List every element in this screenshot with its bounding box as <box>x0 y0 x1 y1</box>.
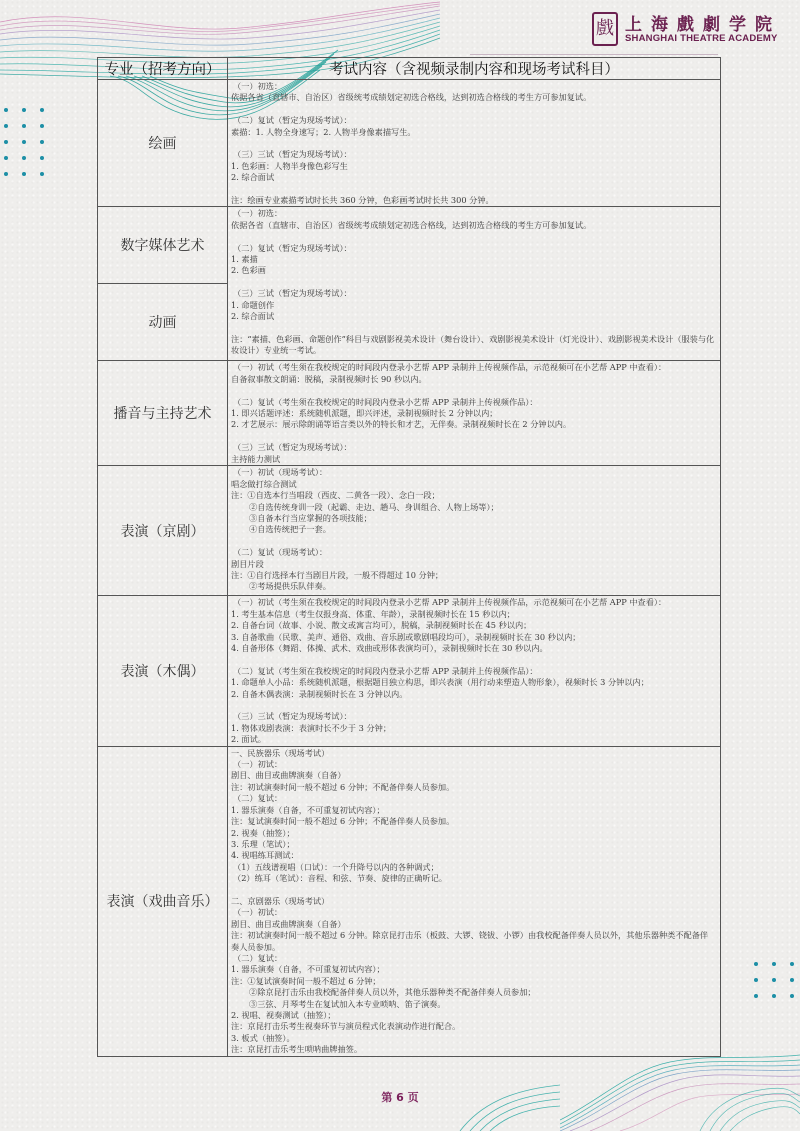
content-line: 3. 自备歌曲（民歌、美声、通俗、戏曲、音乐剧或歌剧唱段均可），录制视频时长在 … <box>231 632 716 643</box>
content-line: 注：①自行选择本行当剧目片段，一般不得超过 10 分钟； <box>231 570 716 581</box>
major-cell: 表演（木偶） <box>98 596 228 746</box>
line-spacer <box>231 322 716 333</box>
content-line: （三）三试（暂定为现场考试）： <box>231 149 716 160</box>
major-cell: 动画 <box>98 284 228 361</box>
content-line: 注：京昆打击乐考生视奏环节与演员程式化表演动作进行配合。 <box>231 1021 716 1032</box>
content-line: （一）初选： <box>231 208 716 219</box>
content-line: 1. 考生基本信息（考生仅报身高、体重、年龄），录制视频时长在 15 秒以内； <box>231 609 716 620</box>
content-line: 2. 面试。 <box>231 734 716 745</box>
table-row: 绘画 （一）初选：依据各省（直辖市、自治区）省级统考成绩划定初选合格线，达到初选… <box>98 80 721 207</box>
content-line: ③自备本行当应掌握的各项技能； <box>231 513 716 524</box>
school-logo: 戲 上海戲劇学院 SHANGHAI THEATRE ACADEMY <box>592 10 792 50</box>
content-line: 2. 才艺展示：展示除朗诵等语言类以外的特长和才艺，无伴奏。录制视频时长在 2 … <box>231 419 716 430</box>
header-divider <box>470 54 718 55</box>
major-cell: 表演（戏曲音乐） <box>98 746 228 1056</box>
content-line: ②除京昆打击乐由我校配备伴奏人员以外，其他乐器种类不配备伴奏人员参加； <box>231 987 716 998</box>
content-line: 2. 自备台词（故事、小说、散文或寓言均可），脱稿，录制视频时长在 45 秒以内… <box>231 620 716 631</box>
content-line: （一）初试（考生须在我校规定的时间段内登录小艺帮 APP 录制并上传视频作品，示… <box>231 362 716 373</box>
line-spacer <box>231 231 716 242</box>
line-spacer <box>231 431 716 442</box>
table-row: 表演（京剧） （一）初试（现场考试）：唱念做打综合测试注：①自选本行当唱段（西皮… <box>98 466 721 596</box>
content-line: （一）初试（考生须在我校规定的时间段内登录小艺帮 APP 录制并上传视频作品，示… <box>231 597 716 608</box>
content-cell: （一）初试（现场考试）：唱念做打综合测试注：①自选本行当唱段（西皮、二黄各一段）… <box>228 466 721 596</box>
content-line: 自备叙事散文朗诵：脱稿，录制视频时长 90 秒以内。 <box>231 374 716 385</box>
content-line: 1. 器乐演奏（自备，不可重复初试内容）； <box>231 964 716 975</box>
content-line: 依据各省（直辖市、自治区）省级统考成绩划定初选合格线，达到初选合格线的考生方可参… <box>231 92 716 103</box>
content-line: 注：绘画专业素描考试时长共 360 分钟，色彩画考试时长共 300 分钟。 <box>231 195 716 206</box>
content-line: 2. 综合面试 <box>231 172 716 183</box>
content-line: 1. 命题单人小品：系统随机派题，根据题目独立构思，即兴表演（用行动来塑造人物形… <box>231 677 716 688</box>
content-line: 2. 视唱、视奏测试（抽签）； <box>231 1010 716 1021</box>
table-row: 数字媒体艺术 （一）初选：依据各省（直辖市、自治区）省级统考成绩划定初选合格线，… <box>98 207 721 284</box>
content-line: 1. 物体戏剧表演：表演时长不少于 3 分钟； <box>231 723 716 734</box>
content-line: ②自选传统身训一段（起霸、走边、趟马、身训组合、人物上场等）； <box>231 502 716 513</box>
content-line: （1）五线谱视唱（口试）：一个升降号以内的各种调式； <box>231 862 716 873</box>
table-header-row: 专业（招考方向） 考试内容（含视频录制内容和现场考试科目） <box>98 58 721 80</box>
content-line: 注：京昆打击乐考生唢呐曲牌抽签。 <box>231 1044 716 1055</box>
content-line: （二）复试（暂定为现场考试）： <box>231 243 716 254</box>
major-cell: 数字媒体艺术 <box>98 207 228 284</box>
content-line: 唱念做打综合测试 <box>231 479 716 490</box>
content-line: 剧目、曲目或曲牌演奏（自备） <box>231 919 716 930</box>
content-line: 剧目片段 <box>231 559 716 570</box>
line-spacer <box>231 700 716 711</box>
content-line: 注：①复试演奏时间一般不超过 6 分钟； <box>231 976 716 987</box>
content-line: （二）复试（考生须在我校规定的时间段内登录小艺帮 APP 录制并上传视频作品）： <box>231 397 716 408</box>
content-line: （一）初试： <box>231 759 716 770</box>
content-line: 1. 即兴话题评述：系统随机派题，即兴评述，录制视频时长 2 分钟以内； <box>231 408 716 419</box>
content-line: （一）初试： <box>231 907 716 918</box>
content-line: （二）复试： <box>231 793 716 804</box>
content-line: 1. 素描 <box>231 254 716 265</box>
content-line: 依据各省（直辖市、自治区）省级统考成绩划定初选合格线，达到初选合格线的考生方可参… <box>231 220 716 231</box>
line-spacer <box>231 885 716 896</box>
dot-grid-right <box>754 962 796 998</box>
line-spacer <box>231 536 716 547</box>
column-header-major: 专业（招考方向） <box>98 58 228 80</box>
content-line: 注：“素描、色彩画、命题创作”科目与戏剧影视美术设计（舞台设计）、戏剧影视美术设… <box>231 334 716 357</box>
content-line: （二）复试（现场考试）： <box>231 547 716 558</box>
content-line: 1. 命题创作 <box>231 300 716 311</box>
line-spacer <box>231 277 716 288</box>
content-line: （2）练耳（笔试）：音程、和弦、节奏、旋律的正确听记。 <box>231 873 716 884</box>
school-name-cn: 上海戲劇学院 <box>625 10 781 35</box>
content-line: 一、民族器乐（现场考试） <box>231 748 716 759</box>
content-cell: （一）初选：依据各省（直辖市、自治区）省级统考成绩划定初选合格线，达到初选合格线… <box>228 80 721 207</box>
logo-emblem-icon: 戲 <box>592 12 618 46</box>
page-number: 第 6 页 <box>0 1089 800 1105</box>
content-line: （一）初试（现场考试）： <box>231 467 716 478</box>
content-line: 4. 自备形体（舞蹈、体操、武术、戏曲或形体表演均可），录制视频时长在 30 秒… <box>231 643 716 654</box>
content-line: 注：初试演奏时间一般不超过 6 分钟。除京昆打击乐（板鼓、大锣、铙钹、小锣）由我… <box>231 930 716 953</box>
content-line: （三）三试（暂定为现场考试）： <box>231 288 716 299</box>
column-header-content: 考试内容（含视频录制内容和现场考试科目） <box>228 58 721 80</box>
content-cell: （一）初试（考生须在我校规定的时间段内登录小艺帮 APP 录制并上传视频作品，示… <box>228 596 721 746</box>
line-spacer <box>231 654 716 665</box>
content-cell: 一、民族器乐（现场考试）（一）初试：剧目、曲目或曲牌演奏（自备）注：初试演奏时间… <box>228 746 721 1056</box>
line-spacer <box>231 138 716 149</box>
content-line: （三）三试（暂定为现场考试）： <box>231 711 716 722</box>
content-line: ③三弦、月琴考生在复试加入本专业唢呐、笛子演奏。 <box>231 999 716 1010</box>
content-line: 1. 器乐演奏（自备，不可重复初试内容）； <box>231 805 716 816</box>
content-line: 4. 视唱练耳测试： <box>231 850 716 861</box>
content-line: ②考场提供乐队伴奏。 <box>231 581 716 592</box>
major-cell: 绘画 <box>98 80 228 207</box>
table-row: 播音与主持艺术 （一）初试（考生须在我校规定的时间段内登录小艺帮 APP 录制并… <box>98 361 721 466</box>
content-line: 注：复试演奏时间一般不超过 6 分钟；不配备伴奏人员参加。 <box>231 816 716 827</box>
major-cell: 表演（京剧） <box>98 466 228 596</box>
content-line: 二、京剧器乐（现场考试） <box>231 896 716 907</box>
table-row: 表演（戏曲音乐） 一、民族器乐（现场考试）（一）初试：剧目、曲目或曲牌演奏（自备… <box>98 746 721 1056</box>
content-line: ④自选传统把子一套。 <box>231 524 716 535</box>
line-spacer <box>231 184 716 195</box>
content-line: （一）初选： <box>231 81 716 92</box>
school-name-en: SHANGHAI THEATRE ACADEMY <box>625 33 778 44</box>
content-line: 3. 板式（抽签）。 <box>231 1033 716 1044</box>
content-cell: （一）初选：依据各省（直辖市、自治区）省级统考成绩划定初选合格线，达到初选合格线… <box>228 207 721 361</box>
content-line: 主持能力测试 <box>231 454 716 465</box>
content-line: 剧目、曲目或曲牌演奏（自备） <box>231 770 716 781</box>
exam-content-table: 专业（招考方向） 考试内容（含视频录制内容和现场考试科目） 绘画 （一）初选：依… <box>97 57 721 1057</box>
content-line: 2. 色彩画 <box>231 265 716 276</box>
dot-grid-left <box>4 108 46 176</box>
content-line: （二）复试： <box>231 953 716 964</box>
content-line: 2. 综合面试 <box>231 311 716 322</box>
content-line: （二）复试（暂定为现场考试）： <box>231 115 716 126</box>
content-line: （二）复试（考生须在我校规定的时间段内登录小艺帮 APP 录制并上传视频作品）： <box>231 666 716 677</box>
content-line: 注：初试演奏时间一般不超过 6 分钟；不配备伴奏人员参加。 <box>231 782 716 793</box>
content-cell: （一）初试（考生须在我校规定的时间段内登录小艺帮 APP 录制并上传视频作品，示… <box>228 361 721 466</box>
major-cell: 播音与主持艺术 <box>98 361 228 466</box>
line-spacer <box>231 385 716 396</box>
content-line: 素描：1. 人物全身速写；2. 人物半身像素描写生。 <box>231 127 716 138</box>
content-line: 2. 自备木偶表演：录制视频时长在 3 分钟以内。 <box>231 689 716 700</box>
table-row: 表演（木偶） （一）初试（考生须在我校规定的时间段内登录小艺帮 APP 录制并上… <box>98 596 721 746</box>
line-spacer <box>231 104 716 115</box>
content-line: 1. 色彩画：人物半身像色彩写生 <box>231 161 716 172</box>
content-line: 注：①自选本行当唱段（西皮、二黄各一段）、念白一段； <box>231 490 716 501</box>
content-line: （三）三试（暂定为现场考试）： <box>231 442 716 453</box>
content-line: 3. 乐理（笔试）； <box>231 839 716 850</box>
content-line: 2. 视奏（抽签）； <box>231 828 716 839</box>
